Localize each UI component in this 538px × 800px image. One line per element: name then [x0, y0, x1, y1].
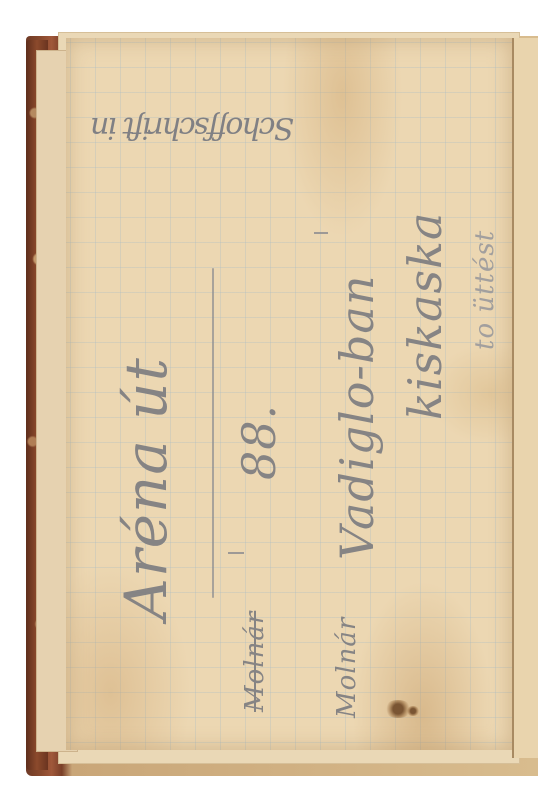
dash-mark	[314, 232, 328, 234]
underline-stroke	[212, 268, 214, 598]
handwriting-line-kiskaska: kiskaska	[398, 212, 452, 420]
stain	[406, 706, 420, 716]
facing-page	[512, 38, 538, 758]
handwriting-line-arena-ut: Aréna út	[112, 357, 180, 620]
handwriting-line-name: Molnár	[332, 617, 362, 718]
dash-mark	[228, 552, 244, 554]
handwriting-line-vadiglo-ban: Vadiglo-ban	[330, 275, 384, 560]
top-scribble: Schoffschrift in	[92, 110, 294, 145]
handwriting-line-struck-name: Molnár	[240, 611, 270, 712]
handwriting-line-number: 88.	[232, 404, 286, 480]
handwriting-line-footnote: to üttést	[470, 230, 500, 350]
